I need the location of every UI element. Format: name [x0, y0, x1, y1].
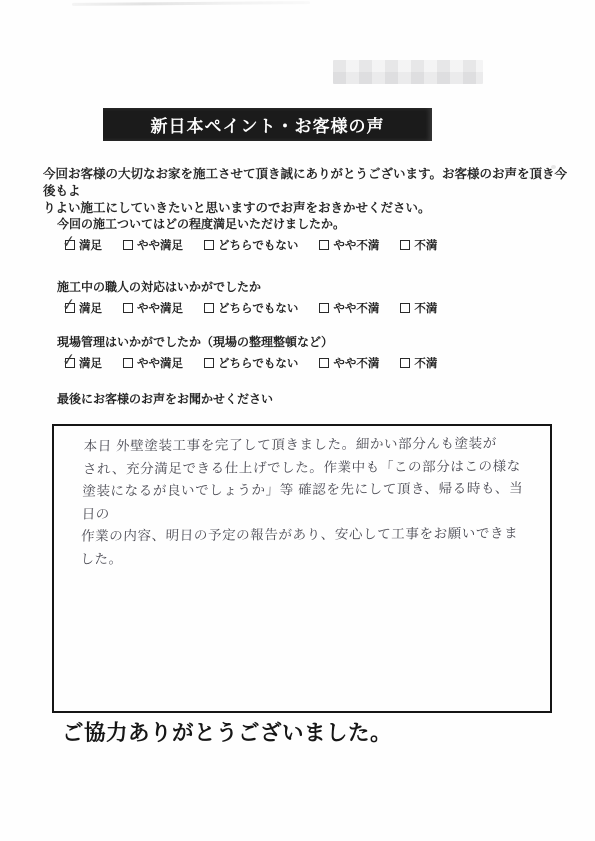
question-heading: 施工中の職人の対応はいかがでしたか — [57, 278, 557, 295]
checkbox[interactable] — [204, 240, 214, 250]
redacted-customer-name — [333, 60, 483, 84]
option-label: やや満足 — [137, 355, 183, 371]
option-label: どちらでもない — [218, 300, 298, 316]
checkbox[interactable] — [123, 303, 133, 313]
scanned-survey-page: 新日本ペイント・お客様の声 今回お客様の大切なお家を施工させて頂き誠にありがとう… — [0, 0, 595, 841]
option-dochirademonai: どちらでもない — [204, 355, 298, 371]
option-yaya-fuman: やや不満 — [319, 237, 379, 253]
checkbox[interactable] — [319, 240, 329, 250]
question-heading: 今回の施工ついてはどの程度満足いただけましたか。 — [57, 215, 557, 232]
form-title: 新日本ペイント・お客様の声 — [151, 112, 385, 137]
checkbox-checked[interactable] — [65, 303, 75, 313]
checkbox[interactable] — [319, 358, 329, 368]
checkbox[interactable] — [204, 303, 214, 313]
checkbox-checked[interactable] — [65, 358, 75, 368]
checkbox[interactable] — [400, 240, 410, 250]
question-heading: 現場管理はいかがでしたか（現場の整理整頓など） — [57, 333, 557, 350]
option-manzoku: 満足 — [65, 300, 102, 316]
option-label: やや不満 — [333, 300, 379, 316]
checkbox[interactable] — [204, 358, 214, 368]
option-label: どちらでもない — [218, 355, 298, 371]
option-dochirademonai: どちらでもない — [204, 300, 298, 316]
option-yaya-manzoku: やや満足 — [123, 237, 183, 253]
checkbox[interactable] — [319, 303, 329, 313]
options-row: 満足 やや満足 どちらでもない やや不満 不満 — [65, 300, 557, 316]
option-label: やや満足 — [137, 300, 183, 316]
options-row: 満足 やや満足 どちらでもない やや不満 不満 — [65, 355, 557, 371]
question-craftsman-response: 施工中の職人の対応はいかがでしたか 満足 やや満足 どちらでもない やや不満 不… — [57, 278, 557, 316]
question-site-management: 現場管理はいかがでしたか（現場の整理整頓など） 満足 やや満足 どちらでもない … — [57, 333, 557, 371]
option-yaya-manzoku: やや満足 — [123, 300, 183, 316]
handwritten-line-4: 作業の内容、明日の予定の報告があり、安心して工事をお願いできました。 — [80, 522, 531, 570]
option-label: どちらでもない — [218, 237, 298, 253]
checkbox-checked[interactable] — [65, 240, 75, 250]
option-fuman: 不満 — [400, 355, 437, 371]
option-label: 不満 — [414, 237, 437, 253]
option-label: やや満足 — [137, 237, 183, 253]
question-satisfaction-overall: 今回の施工ついてはどの程度満足いただけましたか。 満足 やや満足 どちらでもない… — [57, 215, 557, 253]
comment-box[interactable]: 本日 外壁塗装工事を完了して頂きました。細かい部分んも塗装が され、充分満足でき… — [52, 424, 552, 713]
option-yaya-fuman: やや不満 — [319, 355, 379, 371]
option-label: やや不満 — [333, 355, 379, 371]
checkbox[interactable] — [400, 303, 410, 313]
option-dochirademonai: どちらでもない — [204, 237, 298, 253]
form-title-bar: 新日本ペイント・お客様の声 — [103, 108, 432, 141]
closing-thanks: ご協力ありがとうございました。 — [62, 716, 392, 747]
scan-artifact-line — [72, 1, 310, 6]
option-fuman: 不満 — [400, 300, 437, 316]
intro-paragraph: 今回お客様の大切なお家を施工させて頂き誠にありがとうございます。お客様のお声を頂… — [43, 166, 578, 217]
handwritten-line-1: 本日 外壁塗装工事を完了して頂きました。細かい部分んも塗装が — [83, 432, 534, 458]
option-label: 満足 — [79, 300, 102, 316]
option-label: 満足 — [79, 237, 102, 253]
option-yaya-fuman: やや不満 — [319, 300, 379, 316]
option-label: 不満 — [414, 300, 437, 316]
option-label: 満足 — [79, 355, 102, 371]
option-manzoku: 満足 — [65, 237, 102, 253]
handwritten-comment: 本日 外壁塗装工事を完了して頂きました。細かい部分んも塗装が され、充分満足でき… — [80, 432, 534, 570]
option-label: やや不満 — [333, 237, 379, 253]
option-manzoku: 満足 — [65, 355, 102, 371]
intro-line-1: 今回お客様の大切なお家を施工させて頂き誠にありがとうございます。お客様のお声を頂… — [43, 166, 578, 200]
checkbox[interactable] — [400, 358, 410, 368]
option-yaya-manzoku: やや満足 — [123, 355, 183, 371]
options-row: 満足 やや満足 どちらでもない やや不満 不満 — [65, 237, 557, 253]
checkbox[interactable] — [123, 240, 133, 250]
option-label: 不満 — [414, 355, 437, 371]
checkbox[interactable] — [123, 358, 133, 368]
option-fuman: 不満 — [400, 237, 437, 253]
handwritten-line-2: され、充分満足できる仕上げでした。作業中も「この部分はこの様な — [83, 455, 534, 481]
handwritten-line-3: 塗装になるが良いでしょうか」等 確認を先にして頂き、帰る時も、当日の — [81, 477, 532, 525]
comment-prompt: 最後にお客様のお声をお聞かせください — [57, 390, 273, 407]
